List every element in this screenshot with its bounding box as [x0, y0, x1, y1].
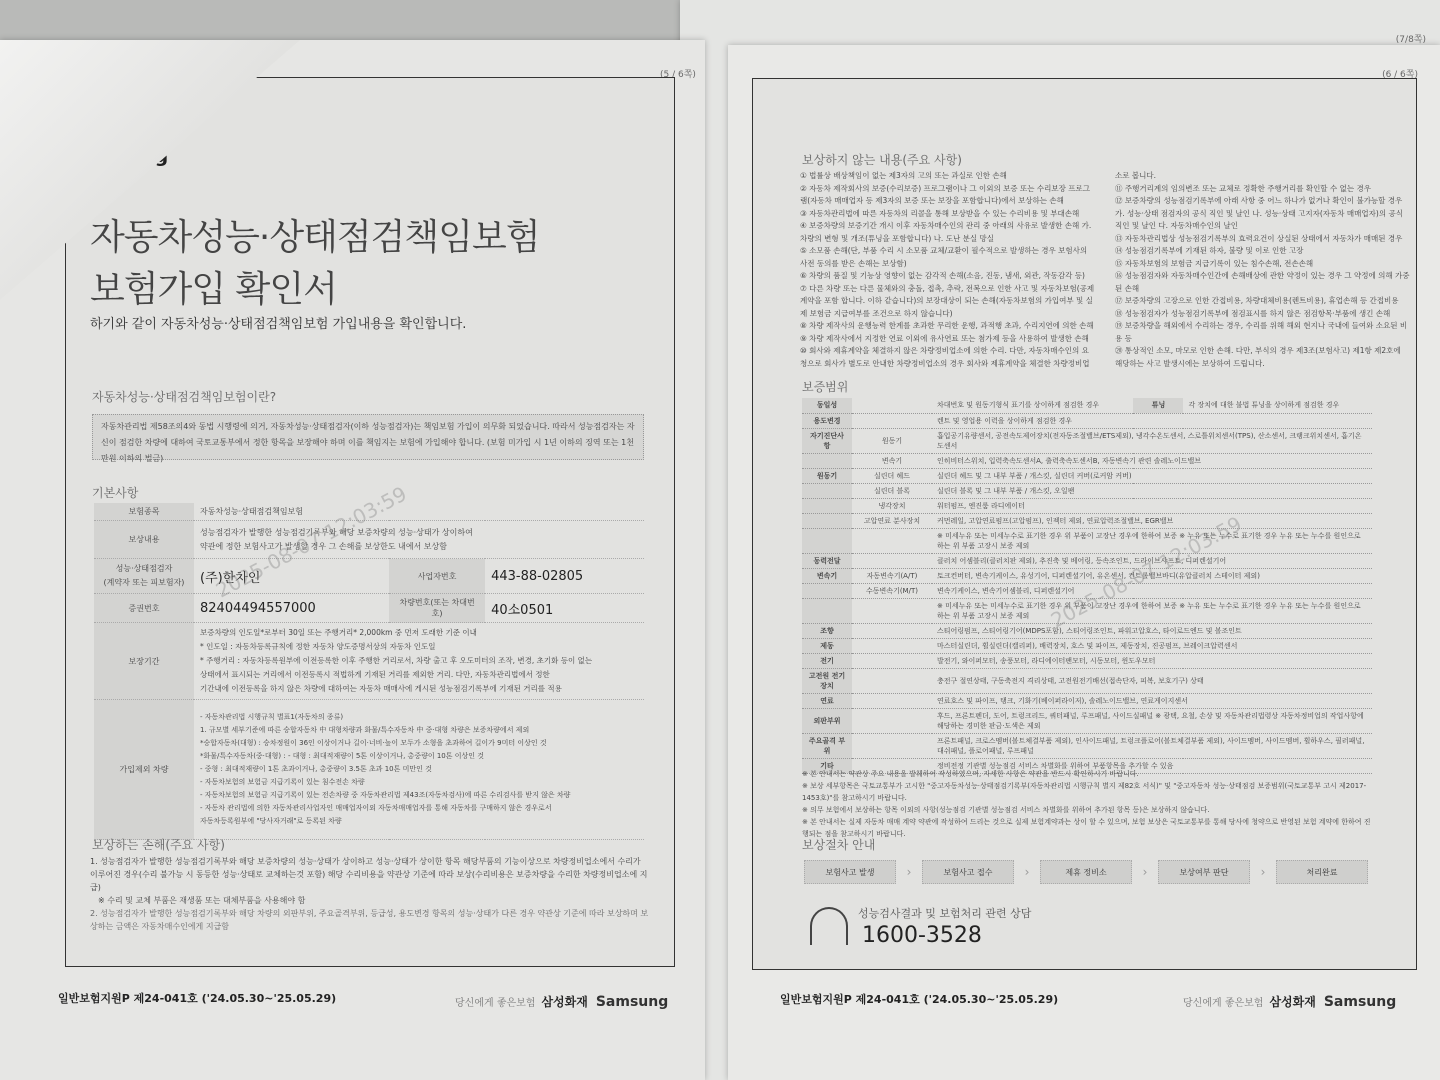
procedure-step: 보상여부 판단 [1158, 860, 1250, 884]
coverage-category: 변속기 [802, 568, 852, 583]
table-row: 동일성차대번호 및 원동기형식 표기를 상이하게 점검한 경우튜닝각 장치에 대… [802, 398, 1372, 413]
list-item: ⑰ 보증차량의 고장으로 인한 간접비용, 차량대체비용(렌트비용), 휴업손해… [1115, 295, 1410, 308]
table-row: 용도변경렌트 및 영업용 이력을 상이하게 점검한 경우 [802, 413, 1372, 428]
list-item: ③ 자동차관리법에 따른 자동차의 리콜을 통해 보상받을 수 있는 수리비용 … [800, 208, 1095, 221]
excluded-value: - 자동차관리법 시행규칙 별표1(자동차의 종류) 1. 규모별 세부기준에 … [194, 700, 644, 840]
table-row: 변속기자동변속기(A/T)토크컨버터, 변속기케이스, 유성기어, 디퍼렌셜기어… [802, 568, 1372, 583]
coverage-subcategory [852, 638, 932, 653]
coverage-subcategory: 실린더 헤드 [852, 468, 932, 483]
coverage-items: 프론트패널, 크로스멤버(볼트체결부품 제외), 인사이드패널, 트렁크플로어(… [932, 733, 1372, 758]
note-item: ※ 본 안내서는 실제 자동차 매매 계약 약관에 작성하여 드리는 것으로 실… [802, 816, 1372, 840]
coverage-subcategory [852, 623, 932, 638]
chevron-right-icon: › [1014, 865, 1040, 879]
table-row: 냉각장치워터펌프, 엔진룸 라디에이터 [802, 498, 1372, 513]
coverage-items: ※ 미세누유 또는 미세누수로 표기한 경우 위 부품이 고장난 경우에 한하여… [932, 598, 1372, 623]
right-footer-code: 일반보험지원P 제24-041호 ('24.05.30~'25.05.29) [780, 991, 1058, 1007]
note-item: ※ 의무 보험에서 보상하는 항목 이외의 사항(성능점검 기관별 성능점검 서… [802, 804, 1372, 816]
coverage-category [802, 453, 852, 468]
coverage-category: 외판부위 [802, 708, 852, 733]
back-page-number: (7/8쪽) [1396, 32, 1426, 45]
title-line-1: 자동차성능·상태점검책임보험 [90, 212, 540, 264]
coverage-category [802, 528, 852, 553]
brand-slogan: 당신에게 좋은보험 [455, 998, 535, 1009]
document-title: 자동차성능·상태점검책임보험 보험가입 확인서 [90, 212, 540, 316]
coverage-subcategory: 변속기 [852, 453, 932, 468]
left-footer-code: 일반보험지원P 제24-041호 ('24.05.30~'25.05.29) [58, 990, 336, 1006]
coverage-category: 제동 [802, 638, 852, 653]
compensated-item-1-note: ※ 수리 및 교체 부품은 재생품 또는 대체부품을 사용해야 함 [90, 894, 650, 907]
list-item: ⑬ 자동차관리법상 성능점검기록부의 효력요건이 상실된 상태에서 자동차가 매… [1115, 233, 1410, 246]
coverage-items: 연료호스 및 파이프, 탱크, 기화기(베이퍼라이저), 솔레노이드밸브, 연료… [932, 693, 1372, 708]
list-item: ⑮ 자동차보험의 보험금 지급기록이 있는 침수손해, 전손손해 [1115, 258, 1410, 271]
note-item: ※ 보상 세부항목은 국토교통부가 고시한 "중고자동차성능·상태점검기록부(자… [802, 780, 1372, 804]
coverage-category: 용도변경 [802, 413, 852, 428]
coverage-category: 튜닝 [1133, 398, 1183, 413]
coverage-category: 연료 [802, 693, 852, 708]
right-brand: 당신에게 좋은보험삼성화재Samsung [1183, 993, 1396, 1010]
coverage-items: 인히비터스위치, 입력축속도센서A, 출력축속도센서B, 자동변속기 관련 솔레… [932, 453, 1372, 468]
policy-label: 증권번호 [94, 594, 194, 623]
compensated-list: 1. 성능점검자가 발행한 성능점검기록부와 해당 보증차량의 성능·상태가 상… [90, 855, 650, 933]
coverage-category: 조향 [802, 623, 852, 638]
coverage-subcategory [852, 708, 932, 733]
document-subtitle: 하기와 같이 자동차성능·상태점검책임보험 가입내용을 확인합니다. [90, 313, 466, 332]
samsung-logo: Samsung [1324, 994, 1396, 1010]
table-row: 외판부위후드, 프론트펜더, 도어, 트렁크리드, 쿼터패널, 루프패널, 사이… [802, 708, 1372, 733]
coverage-category: 전기 [802, 653, 852, 668]
not-compensated-heading: 보상하지 않는 내용(주요 사항) [802, 151, 962, 168]
vehicle-label: 차량번호(또는 차대번호) [389, 594, 485, 623]
coverage-items: 렌트 및 영업용 이력을 상이하게 점검한 경우 [932, 413, 1372, 428]
contact-label: 성능검사결과 및 보험처리 관련 상담 [858, 905, 1031, 921]
procedure-step: 보험사고 발생 [804, 860, 896, 884]
list-item: ⑤ 소모품 손해(단, 부품 수리 시 소모품 교체/교환이 필수적으로 발생하… [800, 245, 1095, 270]
table-row: 보장기간 보증차량의 인도일*로부터 30일 또는 주행거리* 2,000km … [94, 623, 644, 700]
coverage-table: 동일성차대번호 및 원동기형식 표기를 상이하게 점검한 경우튜닝각 장치에 대… [802, 398, 1372, 774]
compensated-heading: 보상하는 손해(주요 사항) [92, 836, 225, 853]
coverage-items: 스티어링펌프, 스티어링기어(MDPS포함), 스티어링조인트, 파워고압호스,… [932, 623, 1372, 638]
table-row: 자기진단사항원동기흡입공기유량센서, 공전속도제어장치(전자동조절밸브/ETS제… [802, 428, 1372, 453]
list-item: ④ 보증차량의 보증기간 개시 이후 자동차매수인의 관리 중 아래의 사유로 … [800, 220, 1095, 245]
bizno-value: 443-88-02805 [485, 559, 644, 594]
table-row: 고압연료 분사장치커먼레일, 고압연료펌프(고압펌프), 인젝터 제외, 연료압… [802, 513, 1372, 528]
coverage-items: 워터펌프, 엔진룸 라디에이터 [932, 498, 1372, 513]
list-item: ⑫ 보증차량의 성능점검기록부에 아래 사항 중 어느 하나가 없거나 확인이 … [1115, 195, 1410, 233]
coverage-category [802, 598, 852, 623]
note-item: ※ 본 안내서는 약관상 주요 내용을 발췌하여 작성하였으며, 자세한 사항은… [802, 768, 1372, 780]
basic-info-heading: 기본사항 [92, 484, 138, 501]
basic-info-table: 보험종목 자동차성능·상태점검책임보험 보상내용 성능점검자가 발행한 성능점검… [94, 503, 644, 840]
coverage-category: 자기진단사항 [802, 428, 852, 453]
brand-slogan: 당신에게 좋은보험 [1183, 998, 1263, 1009]
coverage-items: 후드, 프론트펜더, 도어, 트렁크리드, 쿼터패널, 루프패널, 사이드실패널… [932, 708, 1372, 733]
table-row: 동력전달클러치 어셈블리(클러치판 제외), 추진축 및 베어링, 등속조인트,… [802, 553, 1372, 568]
samsung-logo: Samsung [596, 994, 668, 1010]
coverage-items: ※ 미세누유 또는 미세누수로 표기한 경우 위 부품이 고장난 경우에 한하여… [932, 528, 1372, 553]
coverage-category [802, 583, 852, 598]
list-item: ② 자동차 제작회사의 보증(수리보증) 프로그램이나 그 이외의 보증 또는 … [800, 183, 1095, 208]
table-row: 보상내용 성능점검자가 발행한 성능점검기록부와 해당 보증차량의 성능·상태가… [94, 521, 644, 559]
coverage-items: 각 장치에 대한 불법 튜닝을 상이하게 점검한 경우 [1183, 398, 1372, 413]
coverage-subcategory: 실린더 블록 [852, 483, 932, 498]
chevron-right-icon: › [896, 865, 922, 879]
list-item: ⑱ 성능점검자가 성능점검기록부에 점검표시를 하지 않은 점검항목·부품에 생… [1115, 308, 1410, 321]
period-label: 보장기간 [94, 623, 194, 700]
compensated-item-2: 2. 성능점검자가 발행한 성능점검기록부와 해당 차량의 외판부위, 주요골격… [90, 907, 650, 933]
coverage-subcategory [852, 733, 932, 758]
list-item: ⑳ 통상적인 소모, 마모로 인한 손해. 다만, 부식의 경우 제3조(보험사… [1115, 345, 1410, 370]
list-item: ⑦ 다른 차량 또는 다른 물체와의 충돌, 접촉, 추락, 전복으로 인한 사… [800, 283, 1095, 321]
table-row: 연료연료호스 및 파이프, 탱크, 기화기(베이퍼라이저), 솔레노이드밸브, … [802, 693, 1372, 708]
coverage-subcategory [852, 693, 932, 708]
excluded-label: 가입제외 차량 [94, 700, 194, 840]
coverage-category: 동력전달 [802, 553, 852, 568]
brand-name: 삼성화재 [1269, 995, 1315, 1009]
table-row: 조향스티어링펌프, 스티어링기어(MDPS포함), 스티어링조인트, 파워고압호… [802, 623, 1372, 638]
not-compensated-list: ① 법률상 배상책임이 없는 제3자의 고의 또는 과실로 인한 손해② 자동차… [800, 170, 1410, 370]
coverage-category [802, 513, 852, 528]
coverage-heading: 보증범위 [802, 378, 848, 395]
coverage-subcategory [852, 413, 932, 428]
coverage-label: 보상내용 [94, 521, 194, 559]
what-is-text: 자동차관리법 제58조의4와 동법 시행령에 의거, 자동차성능·상태점검자(이… [92, 414, 644, 460]
title-line-2: 보험가입 확인서 [90, 264, 540, 316]
list-item: ⑭ 성능점검기록부에 기재된 하자, 불량 및 이로 인한 고장 [1115, 245, 1410, 258]
procedure-step: 처리완료 [1276, 860, 1368, 884]
coverage-items: 발전기, 와이퍼모터, 송풍모터, 라디에이터팬모터, 시동모터, 윈도우모터 [932, 653, 1372, 668]
table-row: 변속기인히비터스위치, 입력축속도센서A, 출력축속도센서B, 자동변속기 관련… [802, 453, 1372, 468]
coverage-items: 커먼레일, 고압연료펌프(고압펌프), 인젝터 제외, 연료압력조절밸브, EG… [932, 513, 1372, 528]
coverage-value: 성능점검자가 발행한 성능점검기록부와 해당 보증차량의 성능·상태가 상이하여… [194, 521, 644, 559]
bizno-label: 사업자번호 [389, 559, 485, 594]
coverage-subcategory: 원동기 [852, 428, 932, 453]
coverage-items: 흡입공기유량센서, 공전속도제어장치(전자동조절밸브/ETS제외), 냉각수온도… [932, 428, 1372, 453]
table-row: 성능·상태점검자 (계약자 또는 피보험자) (주)한차인 사업자번호 443-… [94, 559, 644, 594]
period-value: 보증차량의 인도일*로부터 30일 또는 주행거리* 2,000km 중 먼저 … [194, 623, 644, 700]
chevron-right-icon: › [1250, 865, 1276, 879]
inspector-label: 성능·상태점검자 (계약자 또는 피보험자) [94, 559, 194, 594]
coverage-items: 실린더 헤드 및 그 내부 부품 / 개스킷, 실린더 커버(로커암 커버) [932, 468, 1372, 483]
coverage-items: 마스터실린더, 휠실린더(캘리퍼), 배력장치, 호스 및 파이프, 제동장치,… [932, 638, 1372, 653]
compensated-item-1: 1. 성능점검자가 발행한 성능점검기록부와 해당 보증차량의 성능·상태가 상… [90, 855, 650, 894]
vehicle-value: 40소0501 [485, 594, 644, 623]
contact-phone[interactable]: 1600-3528 [862, 923, 982, 948]
table-row: 전기발전기, 와이퍼모터, 송풍모터, 라디에이터팬모터, 시동모터, 윈도우모… [802, 653, 1372, 668]
coverage-category: 주요골격 부위 [802, 733, 852, 758]
procedure-steps: 보험사고 발생›보험사고 접수›제휴 정비소›보상여부 판단›처리완료 [804, 860, 1368, 884]
list-item: ⑪ 주행거리계의 임의변조 또는 교체로 정확한 주행거리를 확인할 수 없는 … [1115, 183, 1410, 196]
coverage-category [802, 483, 852, 498]
list-item: ⑧ 차량 제작사의 운행능력 한계를 초과한 무리한 운행, 과적행 초과, 수… [800, 320, 1095, 333]
coverage-category: 원동기 [802, 468, 852, 483]
headset-icon [810, 907, 848, 945]
procedure-step: 보험사고 접수 [922, 860, 1014, 884]
list-item: ① 법률상 배상책임이 없는 제3자의 고의 또는 과실로 인한 손해 [800, 170, 1095, 183]
chevron-right-icon: › [1132, 865, 1158, 879]
coverage-subcategory [852, 553, 932, 568]
coverage-category [802, 498, 852, 513]
left-brand: 당신에게 좋은보험삼성화재Samsung [455, 993, 668, 1010]
list-item: ⑲ 보증차량을 해외에서 수리하는 경우, 수리를 위해 해외 현지나 국내에 … [1115, 320, 1410, 345]
table-row: 가입제외 차량 - 자동차관리법 시행규칙 별표1(자동차의 종류) 1. 규모… [94, 700, 644, 840]
coverage-subcategory [852, 653, 932, 668]
procedure-heading: 보상절차 안내 [802, 836, 875, 853]
coverage-notes: ※ 본 안내서는 약관상 주요 내용을 발췌하여 작성하였으며, 자세한 사항은… [802, 768, 1372, 840]
coverage-items: 실린더 블록 및 그 내부 부품 / 개스킷, 오일팬 [932, 483, 1372, 498]
coverage-subcategory: 고압연료 분사장치 [852, 513, 932, 528]
coverage-items: 충전구 절연상태, 구동축전지 격리상태, 고전원전기배선(접속단자, 피복, … [932, 668, 1372, 693]
coverage-subcategory [852, 398, 932, 413]
coverage-subcategory: 자동변속기(A/T) [852, 568, 932, 583]
product-value: 자동차성능·상태점검책임보험 [194, 503, 644, 521]
table-row: 주요골격 부위프론트패널, 크로스멤버(볼트체결부품 제외), 인사이드패널, … [802, 733, 1372, 758]
table-row: 실린더 블록실린더 블록 및 그 내부 부품 / 개스킷, 오일팬 [802, 483, 1372, 498]
product-label: 보험종목 [94, 503, 194, 521]
coverage-items: 차대번호 및 원동기형식 표기를 상이하게 점검한 경우 [932, 398, 1133, 413]
list-item: ⑨ 차량 제작사에서 지정한 연료 이외에 유사연료 또는 첨가제 등을 사용하… [800, 333, 1095, 346]
coverage-subcategory: 냉각장치 [852, 498, 932, 513]
coverage-subcategory [852, 528, 932, 553]
coverage-subcategory [852, 668, 932, 693]
coverage-category: 고전원 전기장치 [802, 668, 852, 693]
table-row: 원동기실린더 헤드실린더 헤드 및 그 내부 부품 / 개스킷, 실린더 커버(… [802, 468, 1372, 483]
table-row: 제동마스터실린더, 휠실린더(캘리퍼), 배력장치, 호스 및 파이프, 제동장… [802, 638, 1372, 653]
coverage-subcategory: 수동변속기(M/T) [852, 583, 932, 598]
brand-name: 삼성화재 [541, 995, 587, 1009]
coverage-subcategory [852, 598, 932, 623]
list-item: ⑥ 차량의 품질 및 기능상 영향이 없는 감각적 손해(소음, 진동, 냄새,… [800, 270, 1095, 283]
what-is-heading: 자동차성능·상태점검책임보험이란? [92, 388, 276, 405]
table-row: ※ 미세누유 또는 미세누수로 표기한 경우 위 부품이 고장난 경우에 한하여… [802, 528, 1372, 553]
list-item: ⑯ 성능점검자와 자동차매수인간에 손해배상에 관한 약정이 있는 경우 그 약… [1115, 270, 1410, 295]
table-row: 증권번호 82404494557000 차량번호(또는 차대번호) 40소050… [94, 594, 644, 623]
table-row: 고전원 전기장치충전구 절연상태, 구동축전지 격리상태, 고전원전기배선(접속… [802, 668, 1372, 693]
procedure-step: 제휴 정비소 [1040, 860, 1132, 884]
coverage-items: 변속기케이스, 변속기어셈블리, 디퍼렌셜기어 [932, 583, 1372, 598]
coverage-category: 동일성 [802, 398, 852, 413]
